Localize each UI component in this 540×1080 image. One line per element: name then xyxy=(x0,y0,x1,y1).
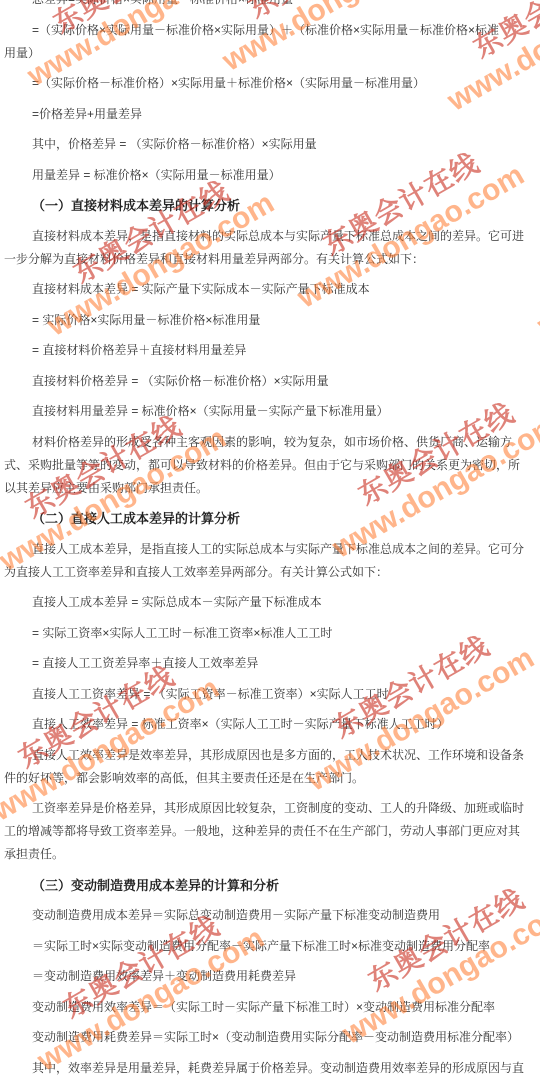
paragraph: =价格差异+用量差异 xyxy=(4,103,536,126)
paragraph: = 实际工资率×实际人工工时－标准工资率×标准人工工时 xyxy=(4,622,536,645)
paragraph: 直接人工成本差异，是指直接人工的实际总成本与实际产量下标准总成本之间的差异。它可… xyxy=(4,538,536,584)
section-heading: （三）变动制造费用成本差异的计算和分析 xyxy=(4,874,536,897)
paragraph: =（实际价格×实际用量－标准价格×实际用量）＋（标准价格×实际用量－标准价格×标… xyxy=(4,19,536,65)
paragraph: 直接人工成本差异 = 实际总成本－实际产量下标准成本 xyxy=(4,591,536,614)
paragraph: 直接人工效率差异是效率差异，其形成原因也是多方面的，工人技术状况、工作环境和设备… xyxy=(4,744,536,790)
paragraph: = 直接材料价格差异＋直接材料用量差异 xyxy=(4,339,536,362)
paragraph: =（实际价格－标准价格）×实际用量＋标准价格×（实际用量－标准用量） xyxy=(4,72,536,95)
paragraph: 变动制造费用耗费差异＝实际工时×（变动制造费用实际分配率－变动制造费用标准分配率… xyxy=(4,1026,536,1049)
paragraph: ＝变动制造费用效率差异＋变动制造费用耗费差异 xyxy=(4,965,536,988)
section-heading: （一）直接材料成本差异的计算分析 xyxy=(4,194,536,217)
paragraph: = 直接人工工资差异率＋直接人工效率差异 xyxy=(4,652,536,675)
paragraph: 其中，效率差异是用量差异，耗费差异属于价格差异。变动制造费用效率差异的形成原因与… xyxy=(4,1057,536,1080)
paragraph: 直接材料成本差异 = 实际产量下实际成本－实际产量下标准成本 xyxy=(4,278,536,301)
paragraph: 用量差异 = 标准价格×（实际用量－标准用量） xyxy=(4,164,536,187)
paragraph: 直接材料用量差异 = 标准价格×（实际用量－实际产量下标准用量） xyxy=(4,400,536,423)
paragraph: 直接人工工资率差异 = （实际工资率－标准工资率）×实际人工工时 xyxy=(4,683,536,706)
paragraph: 其中，价格差异 = （实际价格－标准价格）×实际用量 xyxy=(4,133,536,156)
paragraph: 直接材料成本差异，是指直接材料的实际总成本与实际产量下标准总成本之间的差异。它可… xyxy=(4,225,536,271)
paragraph: 直接材料价格差异 = （实际价格－标准价格）×实际用量 xyxy=(4,370,536,393)
paragraph: 变动制造费用成本差异＝实际总变动制造费用－实际产量下标准变动制造费用 xyxy=(4,904,536,927)
section-heading: （二）直接人工成本差异的计算分析 xyxy=(4,507,536,530)
paragraph: 总差异=实际价格×实际用量－标准价格×标准用量 xyxy=(4,0,536,11)
paragraph: ＝实际工时×实际变动制造费用分配率－实际产量下标准工时×标准变动制造费用分配率 xyxy=(4,935,536,958)
paragraph: 直接人工效率差异 = 标准工资率×（实际人工工时－实际产量下标准人工工时） xyxy=(4,713,536,736)
article-content: 总差异=实际价格×实际用量－标准价格×标准用量=（实际价格×实际用量－标准价格×… xyxy=(0,0,540,1080)
paragraph: = 实际价格×实际用量－标准价格×标准用量 xyxy=(4,309,536,332)
paragraph: 材料价格差异的形成受各种主客观因素的影响，较为复杂，如市场价格、供货厂商、运输方… xyxy=(4,431,536,500)
document-page: 总差异=实际价格×实际用量－标准价格×标准用量=（实际价格×实际用量－标准价格×… xyxy=(0,0,540,1080)
paragraph: 工资率差异是价格差异，其形成原因比较复杂，工资制度的变动、工人的升降级、加班或临… xyxy=(4,797,536,866)
paragraph: 变动制造费用效率差异＝（实际工时－实际产量下标准工时）×变动制造费用标准分配率 xyxy=(4,996,536,1019)
